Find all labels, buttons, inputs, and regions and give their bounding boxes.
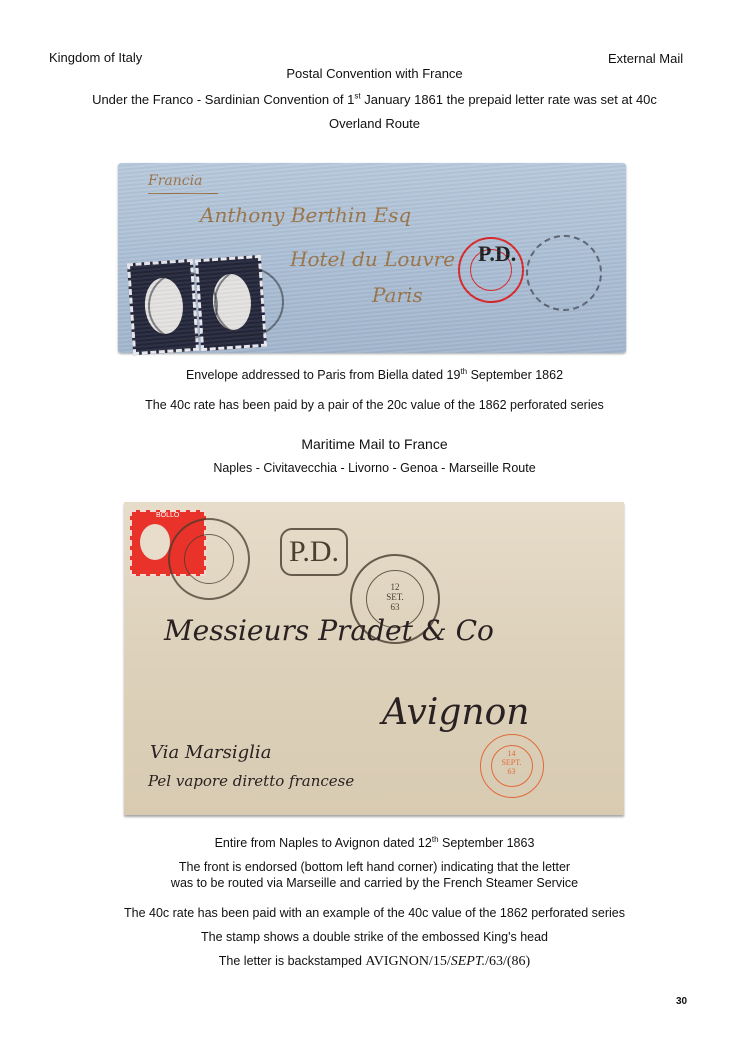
pd-mark: P.D. — [280, 528, 348, 576]
kings-head-icon — [143, 277, 185, 336]
caption-sup: th — [432, 835, 439, 844]
endorsement-line: Pel vapore diretto francese — [148, 772, 354, 790]
stamp-20c-right — [195, 255, 267, 351]
stamp-20c-left — [127, 259, 199, 355]
backstamp-part: /63/(86) — [485, 954, 530, 969]
backstamp-part: AVIGNON/15/ — [365, 954, 450, 969]
endorsement-line: Via Marsiglia — [150, 742, 271, 763]
stamp-label: BOLLO — [156, 512, 179, 519]
section1-heading: Overland Route — [0, 116, 749, 131]
inner-ring — [184, 534, 234, 584]
napoli-postmark-icon — [168, 518, 250, 600]
cancel-line: 63 — [352, 602, 438, 612]
cancel-line: 12 — [352, 582, 438, 592]
cancel-line: SEPT. — [481, 758, 542, 767]
envelope1-caption: Envelope addressed to Paris from Biella … — [0, 368, 749, 382]
backstamp-prefix: The letter is backstamped — [219, 954, 366, 968]
intro-text-part: January 1861 the prepaid letter rate was… — [361, 92, 657, 107]
section2-heading: Maritime Mail to France — [0, 436, 749, 452]
endorsed-line-1: The front is endorsed (bottom left hand … — [0, 860, 749, 874]
intro-text: Under the Franco - Sardinian Convention … — [0, 92, 749, 107]
cancel-line: 63 — [481, 767, 542, 776]
envelope1-rate-note: The 40c rate has been paid by a pair of … — [0, 398, 749, 412]
cancel-line: 14 — [481, 749, 542, 758]
inner-ring — [470, 249, 512, 291]
address-line: Anthony Berthin Esq — [200, 203, 411, 227]
caption-part: Envelope addressed to Paris from Biella … — [186, 368, 460, 382]
red-lanslebourg-cancel-icon — [458, 237, 524, 303]
biella-postmark-icon — [148, 271, 218, 341]
address-line: Paris — [372, 283, 423, 307]
cancel-line: SET. — [352, 592, 438, 602]
address-city: Avignon — [382, 692, 529, 733]
caption-part: September 1862 — [467, 368, 563, 382]
backstamp-note: The letter is backstamped AVIGNON/15/SEP… — [0, 954, 749, 970]
address-line: Hotel du Louvre — [290, 247, 455, 271]
backstamp-part: SEPT. — [451, 954, 485, 969]
biella-black-cancel-icon — [526, 235, 602, 311]
page-number: 30 — [676, 996, 687, 1007]
envelope2-stamp-note: The stamp shows a double strike of the e… — [0, 930, 749, 944]
endorsement-francia: Francia — [148, 173, 202, 189]
cancel-date: 12 SET. 63 — [352, 582, 438, 612]
caption-part: September 1863 — [439, 836, 535, 850]
endorsed-line-2: was to be routed via Marseille and carri… — [0, 876, 749, 890]
caption-part: Entire from Naples to Avignon dated 12 — [215, 836, 432, 850]
entire-naples-avignon: BOLLO P.D. 12 SET. 63 Messieurs Pradet &… — [124, 502, 624, 815]
envelope2-caption: Entire from Naples to Avignon dated 12th… — [0, 836, 749, 850]
page-title: Postal Convention with France — [0, 66, 749, 81]
kings-head-icon — [140, 524, 170, 560]
header-right: External Mail — [608, 51, 683, 66]
intro-text-part: Under the Franco - Sardinian Convention … — [92, 92, 354, 107]
address-line: Messieurs Pradet & Co — [164, 614, 494, 647]
header-left: Kingdom of Italy — [49, 50, 142, 65]
cancel-date: 14 SEPT. 63 — [481, 749, 542, 776]
kings-head-icon — [211, 273, 253, 332]
section2-route: Naples - Civitavecchia - Livorno - Genoa… — [0, 461, 749, 475]
biella-postmark-icon — [214, 267, 284, 337]
pd-mark: P.D. — [478, 241, 516, 267]
envelope2-rate-note: The 40c rate has been paid with an examp… — [0, 906, 749, 920]
envelope-biella-paris: Francia Anthony Berthin Esq Hotel du Lou… — [118, 163, 626, 353]
underline — [148, 193, 218, 194]
red-marseille-cancel-icon: 14 SEPT. 63 — [480, 734, 544, 798]
